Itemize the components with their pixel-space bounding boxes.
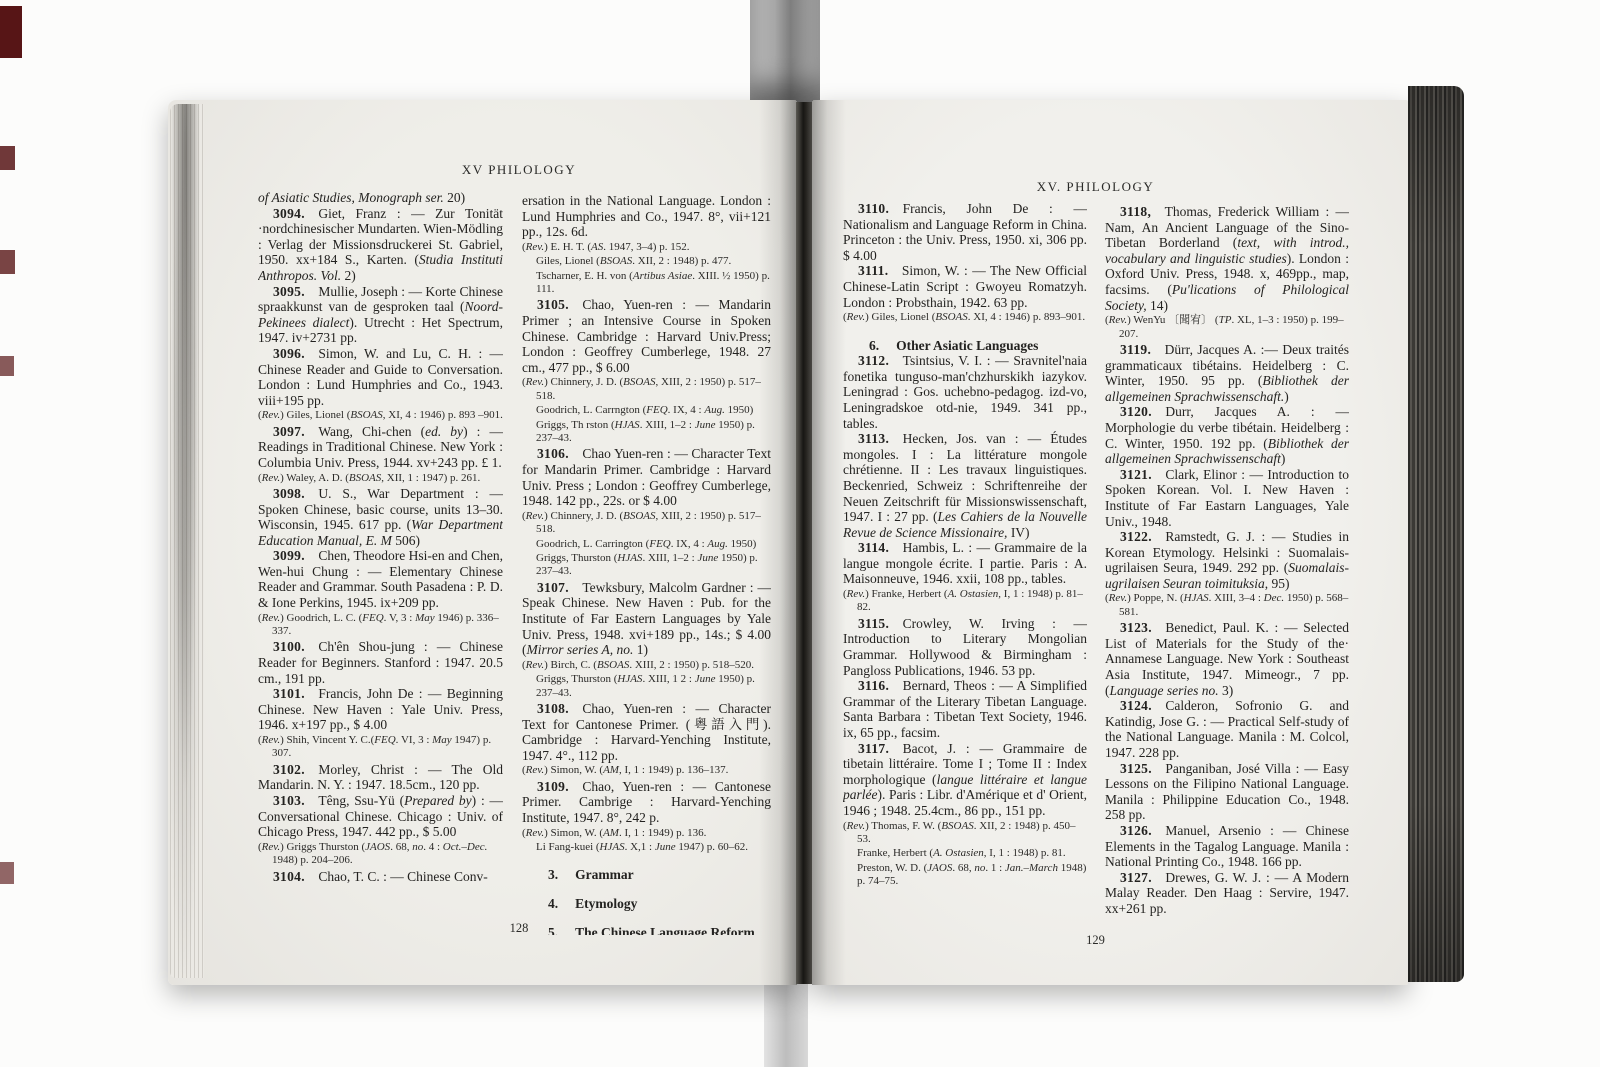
- text-column: 3110. Francis, John De : — Nationalism a…: [843, 201, 1087, 939]
- review-line: Li Fang-kuei (HJAS. X,1 : June 1947) p. …: [522, 841, 771, 854]
- review-line: (Rev.) Franke, Herbert (A. Ostasien, I, …: [843, 588, 1087, 615]
- text-column: 3118, Thomas, Frederick William : — Nam,…: [1105, 204, 1349, 940]
- bibliography-entry: 3110. Francis, John De : — Nationalism a…: [843, 201, 1087, 263]
- review-line: Tscharner, E. H. von (Artibus Asiae. XII…: [522, 270, 771, 297]
- bibliography-entry: 3119. Dürr, Jacques A. :— Deux traités g…: [1105, 342, 1349, 404]
- bibliography-entry: 3107. Tewksbury, Malcolm Gardner : — Spe…: [522, 580, 771, 658]
- bibliography-entry: 3116. Bernard, Theos : — A Simplified Gr…: [843, 678, 1087, 740]
- scanner-cradle-top: [750, 0, 820, 110]
- review-line: (Rev.) Griggs Thurston (JAOS. 68, no. 4 …: [258, 841, 503, 868]
- review-line: Preston, W. D. (JAOS. 68, no. 1 : Jan.–M…: [843, 862, 1087, 889]
- bibliography-entry: 3124. Calderon, Sofronio G. and Katindig…: [1105, 698, 1349, 760]
- review-line: (Rev.) E. H. T. (AS. 1947, 3–4) p. 152.: [522, 241, 771, 254]
- bibliography-entry: 3106. Chao Yuen-ren : — Character Text f…: [522, 446, 771, 508]
- review-line: (Rev.) Goodrich, L. C. (FEQ. V, 3 : May …: [258, 612, 503, 639]
- section-heading: 6.Other Asiatic Languages: [843, 338, 1087, 354]
- left-fore-edge: [170, 104, 204, 978]
- bibliography-entry: 3102. Morley, Christ : — The Old Mandari…: [258, 762, 503, 793]
- review-line: Griggs, Thurston (HJAS. XIII, 1 2 : June…: [522, 673, 771, 700]
- page-number-right: 129: [843, 933, 1348, 948]
- bibliography-entry: 3109. Chao, Yuen-ren : — Cantonese Prime…: [522, 779, 771, 826]
- bibliography-entry: 3127. Drewes, G. W. J. : — A Modern Mala…: [1105, 870, 1349, 917]
- book-scan-spread: XV PHILOLOGY XV. PHILOLOGY of Asiatic St…: [0, 0, 1600, 1067]
- bibliography-entry: 3123. Benedict, Paul. K. : — Selected Li…: [1105, 620, 1349, 698]
- book-spine-gap: [796, 102, 812, 984]
- review-line: (Rev.) Waley, A. D. (BSOAS, XII, 1 : 194…: [258, 472, 503, 485]
- text-column: of Asiatic Studies, Monograph ser. 20)30…: [258, 190, 503, 935]
- bibliography-entry: 3117. Bacot, J. : — Grammaire de tibetai…: [843, 741, 1087, 819]
- review-line: (Rev.) Giles, Lionel (BSOAS, XI, 4 : 194…: [258, 409, 503, 422]
- scanner-cradle-bottom: [764, 984, 808, 1067]
- bibliography-entry: 3100. Ch'ên Shou-jung : — Chinese Reader…: [258, 639, 503, 686]
- entry-continuation: of Asiatic Studies, Monograph ser. 20): [258, 190, 503, 206]
- review-line: (Rev.) Poppe, N. (HJAS. XIII, 3–4 : Dec.…: [1105, 592, 1349, 619]
- bibliography-entry: 3125. Panganiban, José Villa : — Easy Le…: [1105, 761, 1349, 823]
- section-heading: 3.Grammar: [522, 867, 771, 883]
- review-line: Griggs, Thurston (HJAS. XIII, 1–2 : June…: [522, 552, 771, 579]
- bibliography-entry: 3101. Francis, John De : — Beginning Chi…: [258, 686, 503, 733]
- film-edge-mark: [0, 250, 15, 274]
- page-number-left: 128: [258, 921, 780, 936]
- page-header-left: XV PHILOLOGY: [258, 162, 780, 178]
- page-header-right: XV. PHILOLOGY: [843, 179, 1348, 195]
- review-line: Griggs, Th rston (HJAS. XIII, 1–2 : June…: [522, 419, 771, 446]
- review-line: (Rev.) Shih, Vincent Y. C.(FEQ. VI, 3 : …: [258, 734, 503, 761]
- bibliography-entry: 3120. Durr, Jacques A. : — Morphologie d…: [1105, 404, 1349, 466]
- right-fore-edge: [1408, 86, 1464, 982]
- bibliography-entry: 3111. Simon, W. : — The New Official Chi…: [843, 263, 1087, 310]
- text-column: ersation in the National Language. Londo…: [522, 193, 771, 935]
- bibliography-entry: 3096. Simon, W. and Lu, C. H. : — Chines…: [258, 346, 503, 408]
- review-line: (Rev.) Simon, W. (AM, I, 1 : 1949) p. 13…: [522, 764, 771, 777]
- bibliography-entry: 3118, Thomas, Frederick William : — Nam,…: [1105, 204, 1349, 313]
- review-line: (Rev.) Birch, C. (BSOAS. XIII, 2 : 1950)…: [522, 659, 771, 672]
- film-edge-mark: [0, 356, 14, 376]
- bibliography-entry: 3126. Manuel, Arsenio : — Chinese Elemen…: [1105, 823, 1349, 870]
- bibliography-entry: 3104. Chao, T. C. : — Chinese Conv-: [258, 869, 503, 885]
- bibliography-entry: 3105. Chao, Yuen-ren : — Mandarin Primer…: [522, 297, 771, 375]
- review-line: (Rev.) Simon, W. (AM. I, 1 : 1949) p. 13…: [522, 827, 771, 840]
- bibliography-entry: 3099. Chen, Theodore Hsi-en and Chen, We…: [258, 548, 503, 610]
- bibliography-entry: 3122. Ramstedt, G. J. : — Studies in Kor…: [1105, 529, 1349, 591]
- review-line: Goodrich, L. Carrngton (FEQ. IX, 4 : Aug…: [522, 404, 771, 417]
- bibliography-entry: 3098. U. S., War Department : — Spoken C…: [258, 486, 503, 548]
- review-line: Giles, Lionel (BSOAS. XII, 2 : 1948) p. …: [522, 255, 771, 268]
- review-line: Franke, Herbert (A. Ostasien, I, 1 : 194…: [843, 847, 1087, 860]
- entry-continuation: ersation in the National Language. Londo…: [522, 193, 771, 240]
- section-heading: 4.Etymology: [522, 896, 771, 912]
- bibliography-entry: 3114. Hambis, L. : — Grammaire de la lan…: [843, 540, 1087, 587]
- bibliography-entry: 3103. Têng, Ssu-Yü (Prepared by) : — Con…: [258, 793, 503, 840]
- review-line: (Rev.) Giles, Lionel (BSOAS. XI, 4 : 194…: [843, 311, 1087, 324]
- review-line: (Rev.) Chinnery, J. D. (BSOAS, XIII, 2 :…: [522, 510, 771, 537]
- bibliography-entry: 3095. Mullie, Joseph : — Korte Chinese s…: [258, 284, 503, 346]
- bibliography-entry: 3094. Giet, Franz : — Zur Tonität ·nordc…: [258, 206, 503, 284]
- bibliography-entry: 3121. Clark, Elinor : — Introduction to …: [1105, 467, 1349, 529]
- film-edge-mark: [0, 146, 15, 170]
- bibliography-entry: 3097. Wang, Chi-chen (ed. by) : — Readin…: [258, 424, 503, 471]
- bibliography-entry: 3113. Hecken, Jos. van : — Études mongol…: [843, 431, 1087, 540]
- bibliography-entry: 3112. Tsintsius, V. I. : — Sravnitel'nai…: [843, 353, 1087, 431]
- bibliography-entry: 3108. Chao, Yuen-ren : — Character Text …: [522, 701, 771, 763]
- review-line: Goodrich, L. Carrington (FEQ. IX, 4 : Au…: [522, 538, 771, 551]
- bibliography-entry: 3115. Crowley, W. Irving : — Introductio…: [843, 616, 1087, 678]
- review-line: (Rev.) WenYu 〔聞宥〕 (TP. XL, 1–3 : 1950) p…: [1105, 314, 1349, 341]
- film-edge-mark: [0, 862, 14, 884]
- review-line: (Rev.) Thomas, F. W. (BSOAS. XII, 2 : 19…: [843, 820, 1087, 847]
- review-line: (Rev.) Chinnery, J. D. (BSOAS, XIII, 2 :…: [522, 376, 771, 403]
- film-edge-mark: [0, 6, 22, 58]
